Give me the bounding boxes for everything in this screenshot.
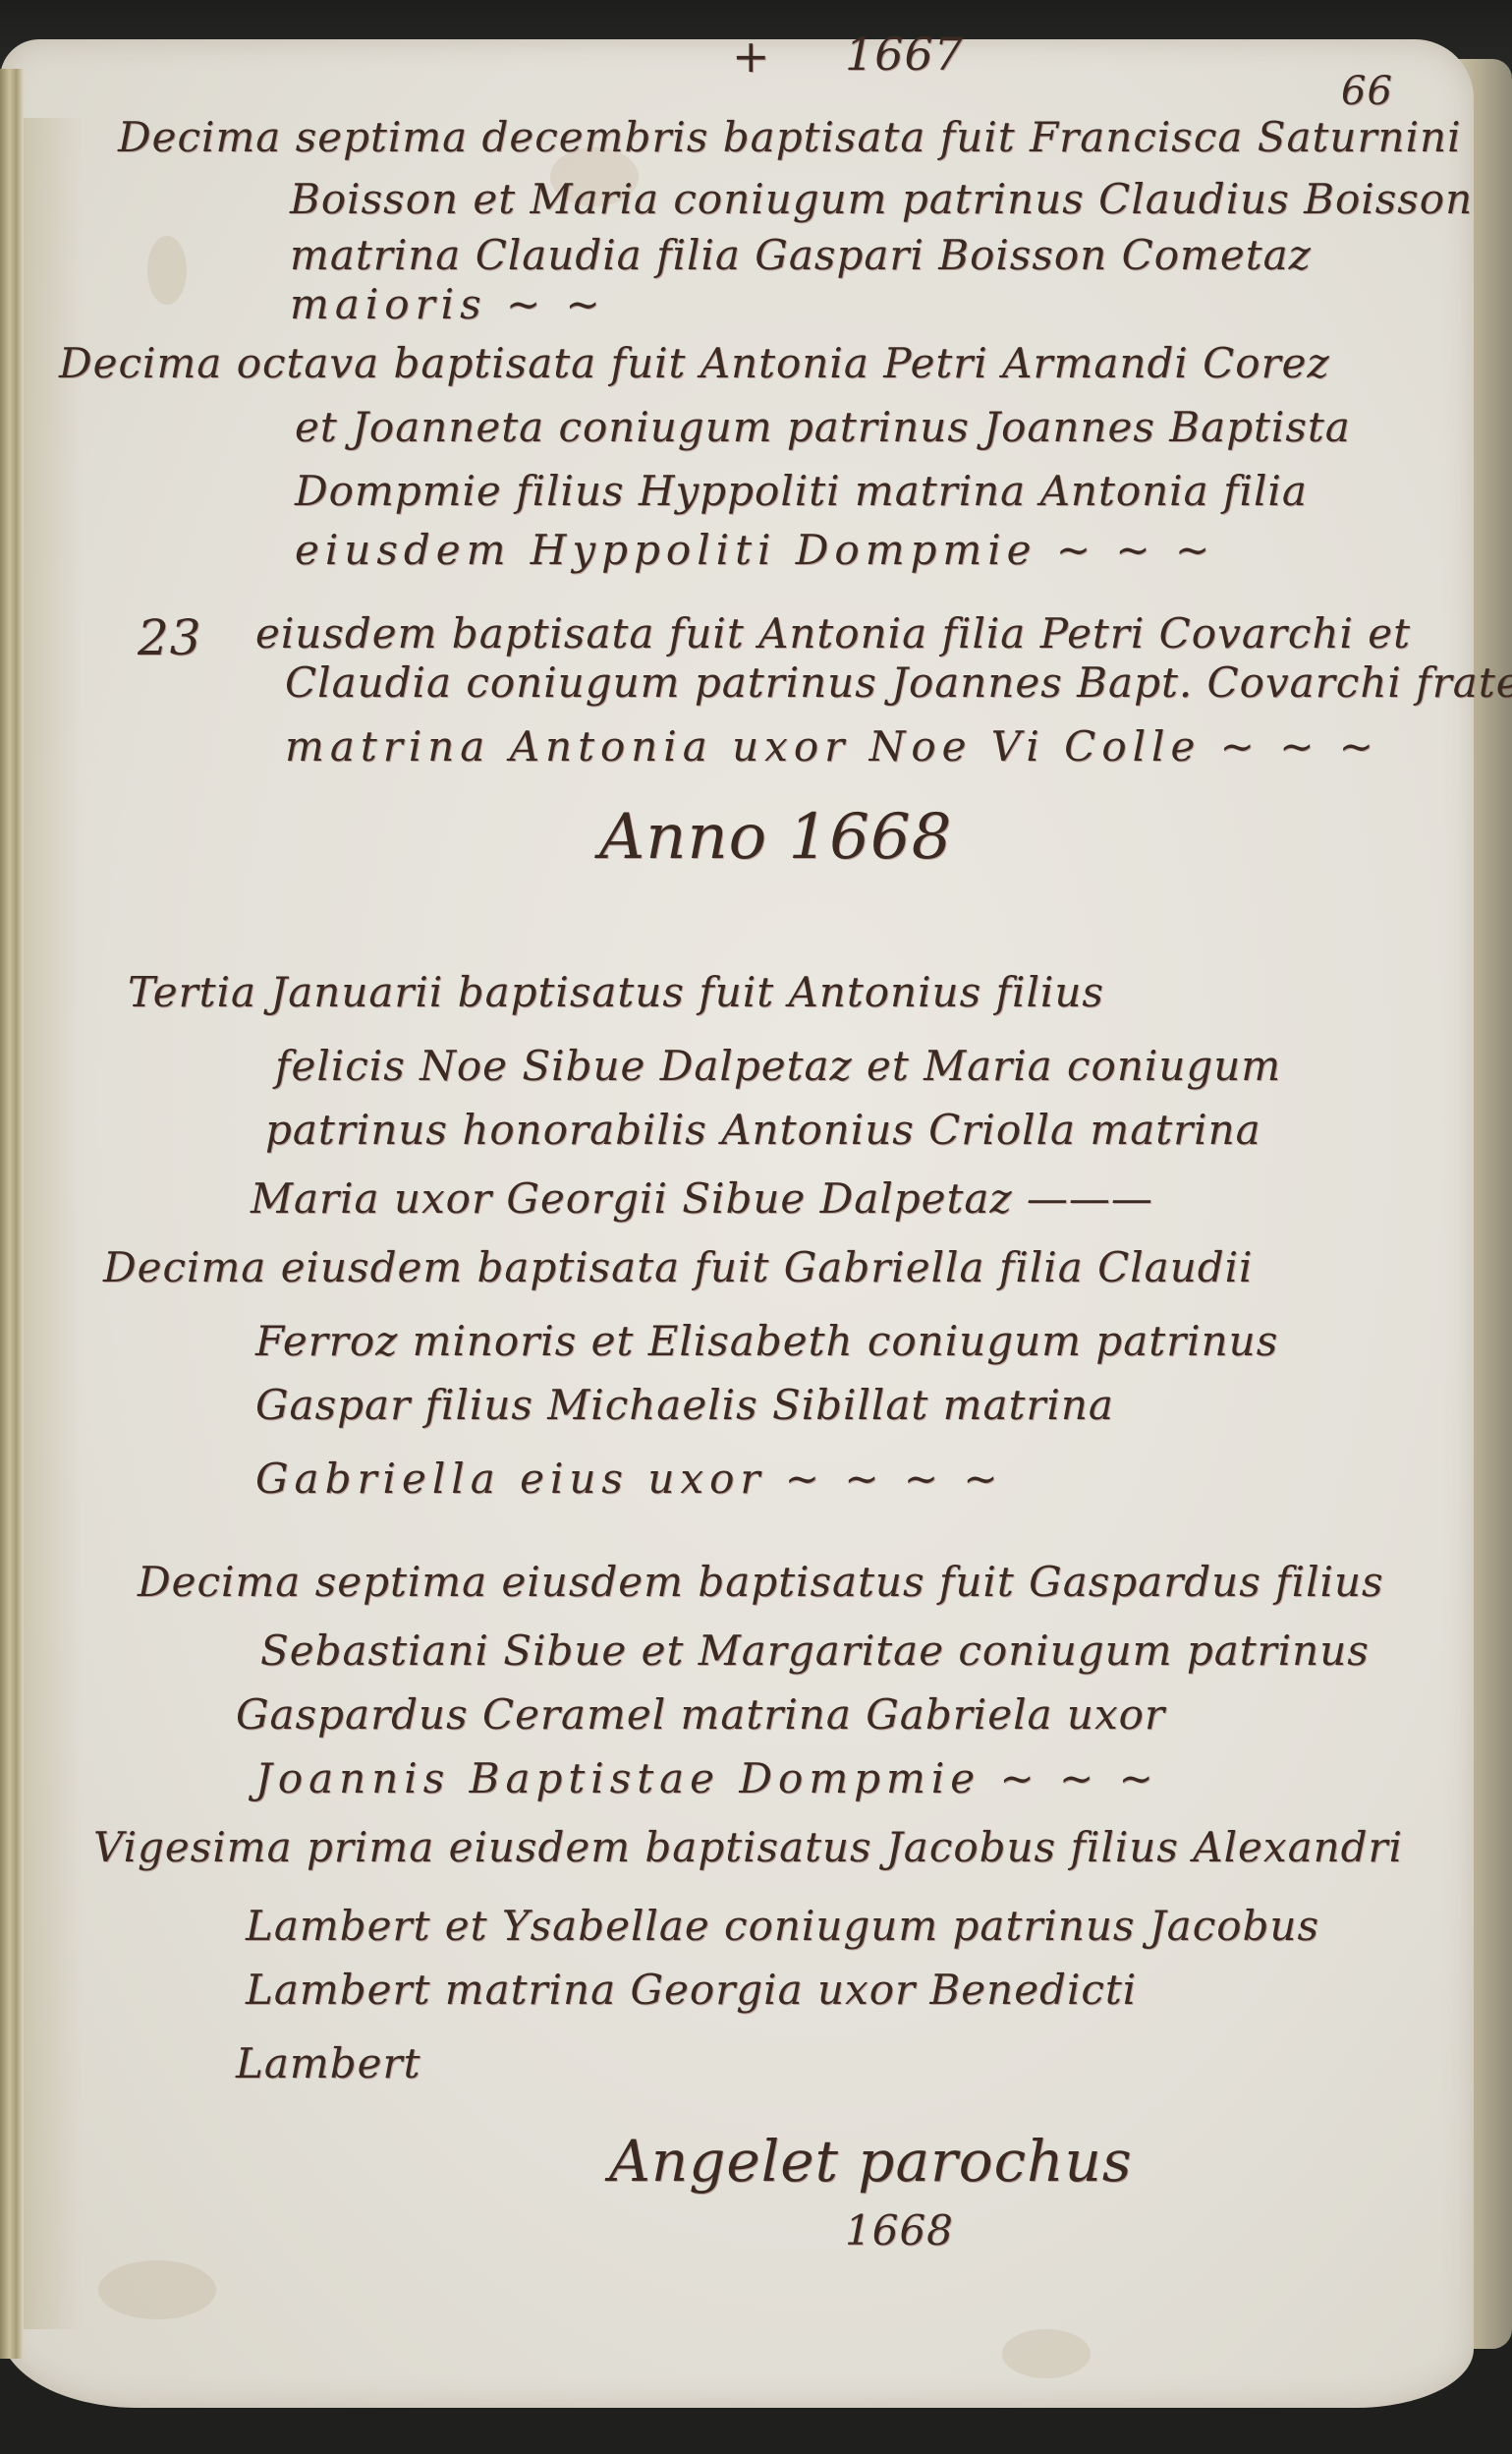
entry-line: Dompmie filius Hyppoliti matrina Antonia… (295, 467, 1308, 515)
book-gutter (0, 69, 24, 2359)
margin-date: 23 (138, 609, 202, 666)
entry-line: Maria uxor Georgii Sibue Dalpetaz ——— (251, 1174, 1153, 1223)
entry-line: Lambert (236, 2039, 420, 2087)
gutter-stain (24, 118, 83, 2329)
entry-line: Lambert et Ysabellae coniugum patrinus J… (246, 1902, 1319, 1950)
entry-line: matrina Claudia filia Gaspari Boisson Co… (290, 231, 1312, 279)
entry-line: Ferroz minoris et Elisabeth coniugum pat… (255, 1317, 1278, 1365)
entry-line: Gaspar filius Michaelis Sibillat matrina (255, 1381, 1114, 1429)
entry-line: Decima octava baptisata fuit Antonia Pet… (59, 339, 1330, 387)
header-year: 1667 (845, 28, 964, 81)
entry-line: matrina Antonia uxor Noe Vi Colle ~ ~ ~ (285, 722, 1379, 770)
header-cross: + (732, 29, 771, 83)
entry-line: Lambert matrina Georgia uxor Benedicti (246, 1966, 1137, 2014)
entry-line: Joannis Baptistae Dompmie ~ ~ ~ (255, 1754, 1159, 1802)
entry-line: Vigesima prima eiusdem baptisatus Jacobu… (93, 1823, 1403, 1871)
page-number: 66 (1341, 69, 1393, 114)
paper-stain (98, 2260, 216, 2319)
paper-stain (1002, 2329, 1091, 2378)
entry-line: Boisson et Maria coniugum patrinus Claud… (290, 175, 1473, 223)
paper-stain (147, 236, 187, 305)
entry-line: maioris ~ ~ (290, 280, 606, 328)
entry-line: eiusdem Hyppoliti Dompmie ~ ~ ~ (295, 526, 1215, 574)
year-heading: Anno 1668 (599, 801, 952, 874)
entry-line: felicis Noe Sibue Dalpetaz et Maria coni… (275, 1042, 1281, 1090)
entry-line: Decima septima decembris baptisata fuit … (118, 113, 1462, 161)
entry-line: et Joanneta coniugum patrinus Joannes Ba… (295, 403, 1351, 451)
entry-line: Claudia coniugum patrinus Joannes Bapt. … (285, 658, 1512, 707)
entry-line: Gaspardus Ceramel matrina Gabriela uxor (236, 1690, 1165, 1739)
manuscript-page (0, 39, 1474, 2408)
entry-line: Decima eiusdem baptisata fuit Gabriella … (103, 1243, 1254, 1291)
entry-line: patrinus honorabilis Antonius Criolla ma… (265, 1106, 1261, 1154)
entry-line: Sebastiani Sibue et Margaritae coniugum … (260, 1626, 1370, 1675)
entry-line: Tertia Januarii baptisatus fuit Antonius… (128, 968, 1104, 1016)
entry-line: Decima septima eiusdem baptisatus fuit G… (138, 1558, 1384, 1606)
entry-line: Gabriella eius uxor ~ ~ ~ ~ (255, 1455, 1004, 1503)
signature-year: 1668 (845, 2206, 954, 2254)
entry-line: eiusdem baptisata fuit Antonia filia Pet… (255, 609, 1411, 657)
priest-signature: Angelet parochus (609, 2128, 1133, 2195)
